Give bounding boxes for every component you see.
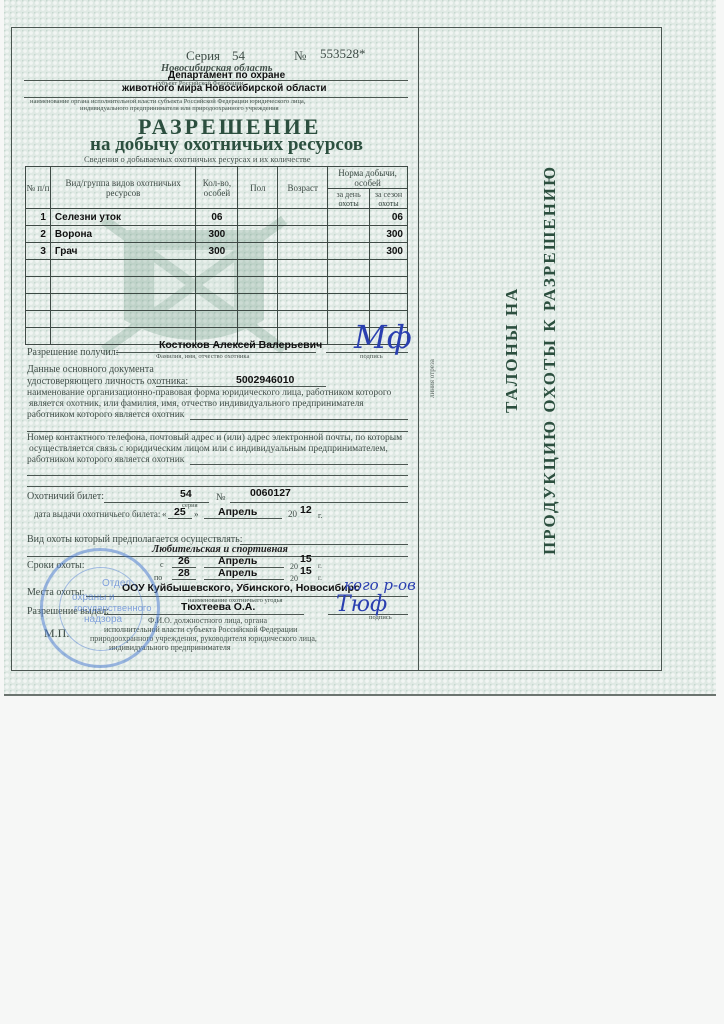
issuer-caption-1: Ф.И.О. должностного лица, органа — [148, 616, 267, 625]
cell-count — [196, 294, 238, 311]
hunt-from-year-suffix: г. — [318, 562, 322, 570]
hunt-from-day: 26 — [178, 555, 190, 567]
cell-count: 06 — [196, 209, 238, 226]
series-label: Серия — [186, 48, 220, 64]
cell-species — [50, 294, 196, 311]
recipient-signature: Мф — [354, 318, 412, 356]
table-row: 1Селезни уток0606 — [26, 209, 408, 226]
cell-sex — [238, 243, 278, 260]
hunt-from-year: 15 — [300, 553, 312, 565]
cell-day — [328, 260, 370, 277]
contact-text-1: Номер контактного телефона, почтовый адр… — [27, 433, 402, 443]
stamp-center-1: Отдел — [102, 578, 131, 589]
cell-count — [196, 277, 238, 294]
cell-species — [50, 260, 196, 277]
cell-day — [328, 209, 370, 226]
contact-text-3: работником которого является охотник — [27, 455, 184, 465]
recipient-name: Костюков Алексей Валерьевич — [159, 339, 322, 351]
authority-line2: животного мира Новосибирской области — [122, 83, 327, 94]
hunt-from-month: Апрель — [218, 555, 257, 567]
employer-text-1: наименование организационно-правовая фор… — [27, 388, 391, 398]
cell-age — [278, 243, 328, 260]
hunt-to-year-suffix: г. — [318, 574, 322, 582]
number-label: № — [294, 48, 306, 64]
cell-age — [278, 209, 328, 226]
hunt-type-value: Любительская и спортивная — [152, 544, 288, 555]
cell-num — [26, 277, 51, 294]
cell-num: 3 — [26, 243, 51, 260]
cell-num — [26, 328, 51, 345]
cell-season: 300 — [370, 226, 408, 243]
authority-caption-1: наименование органа исполнительной власт… — [30, 98, 305, 105]
cell-season — [370, 277, 408, 294]
cell-season: 06 — [370, 209, 408, 226]
cell-sex — [238, 209, 278, 226]
cell-day — [328, 226, 370, 243]
header-num: № п/п — [26, 167, 51, 209]
cell-age — [278, 294, 328, 311]
permit-subtitle: на добычу охотничьих ресурсов — [90, 134, 363, 156]
cell-day — [328, 243, 370, 260]
cell-age — [278, 277, 328, 294]
cell-sex — [238, 226, 278, 243]
stamp-center-4: надзора — [84, 614, 122, 625]
hunt-to-month: Апрель — [218, 567, 257, 579]
cell-num — [26, 311, 51, 328]
coupon-title-1: ТАЛОНЫ НА — [502, 287, 522, 413]
cell-season — [370, 260, 408, 277]
issuer-name: Тюхтеева О.А. — [181, 601, 255, 613]
resources-table: № п/п Вид/группа видов охотничьих ресурс… — [25, 166, 408, 345]
recipient-name-caption: Фамилия, имя, отчество охотника — [156, 353, 249, 360]
coupon-title-2: ПРОДУКЦИЮ ОХОТЫ К РАЗРЕШЕНИЮ — [540, 165, 560, 555]
header-norm-season: за сезон охоты — [370, 189, 408, 209]
employer-text-2: является охотник, или фамилия, имя, отче… — [29, 399, 364, 409]
header-age: Возраст — [278, 167, 328, 209]
coupon-divider — [418, 27, 419, 671]
document-label-1: Данные основного документа — [27, 364, 154, 375]
hunt-from-label: с — [160, 560, 164, 569]
cell-species: Грач — [50, 243, 196, 260]
cell-species — [50, 311, 196, 328]
header-norm-day: за день охоты — [328, 189, 370, 209]
cell-season: 300 — [370, 243, 408, 260]
ticket-issue-month: Апрель — [218, 506, 257, 518]
issuer-signature-caption: подпись — [369, 614, 392, 621]
authority-caption-2: индивидуального предпринимателя или прир… — [80, 105, 279, 112]
cell-count: 300 — [196, 226, 238, 243]
document-number: 5002946010 — [236, 374, 294, 386]
cell-age — [278, 226, 328, 243]
cell-count — [196, 311, 238, 328]
cell-num — [26, 294, 51, 311]
ticket-series: 54 — [180, 488, 192, 500]
cell-day — [328, 277, 370, 294]
contact-text-2: осуществляется связь с юридическим лицом… — [29, 444, 388, 454]
stamp-center-2: охраны и — [72, 592, 115, 603]
cell-species: Ворона — [50, 226, 196, 243]
cell-sex — [238, 294, 278, 311]
cell-species: Селезни уток — [50, 209, 196, 226]
cell-num: 1 — [26, 209, 51, 226]
ticket-number-label: № — [216, 492, 226, 503]
cut-line-label: линия отреза — [428, 359, 436, 398]
cell-num: 2 — [26, 226, 51, 243]
header-norm: Норма добычи, особей — [328, 167, 408, 189]
ticket-label: Охотничий билет: — [27, 491, 104, 502]
hunt-to-day: 28 — [178, 567, 190, 579]
cell-sex — [238, 277, 278, 294]
cell-num — [26, 260, 51, 277]
header-sex: Пол — [238, 167, 278, 209]
table-row: 2Ворона300300 — [26, 226, 408, 243]
ticket-year-suffix: г. — [318, 511, 322, 520]
cell-sex — [238, 311, 278, 328]
cell-day — [328, 294, 370, 311]
series-value: 54 — [232, 48, 245, 64]
table-row — [26, 311, 408, 328]
cell-count — [196, 260, 238, 277]
hunt-from-year-prefix: 20 — [290, 562, 298, 571]
cell-season — [370, 294, 408, 311]
permit-paper: Серия 54 № 553528* Новосибирская область… — [4, 0, 716, 696]
cell-count: 300 — [196, 243, 238, 260]
recipient-label: Разрешение получил: — [27, 347, 119, 358]
cell-age — [278, 311, 328, 328]
ticket-year-prefix: 20 — [288, 509, 297, 519]
cell-species — [50, 277, 196, 294]
table-row — [26, 294, 408, 311]
ticket-issue-year: 12 — [300, 504, 312, 516]
ticket-issue-day: 25 — [174, 506, 186, 518]
hunt-to-year: 15 — [300, 565, 312, 577]
ticket-number: 0060127 — [250, 487, 291, 499]
ticket-issue-label: дата выдачи охотничьего билета: — [34, 509, 160, 519]
table-row: 3Грач300300 — [26, 243, 408, 260]
header-species: Вид/группа видов охотничьих ресурсов — [50, 167, 196, 209]
permit-number: 553528* — [320, 46, 366, 62]
header-count: Кол-во, особей — [196, 167, 238, 209]
table-row — [26, 260, 408, 277]
cell-sex — [238, 260, 278, 277]
employer-text-3: работником которого является охотник — [27, 410, 184, 420]
table-row — [26, 277, 408, 294]
hunt-to-label: по — [154, 573, 162, 582]
stamp-center-3: государственного — [74, 603, 151, 614]
cell-age — [278, 260, 328, 277]
table-caption: Сведения о добываемых охотничьих ресурса… — [84, 154, 311, 164]
